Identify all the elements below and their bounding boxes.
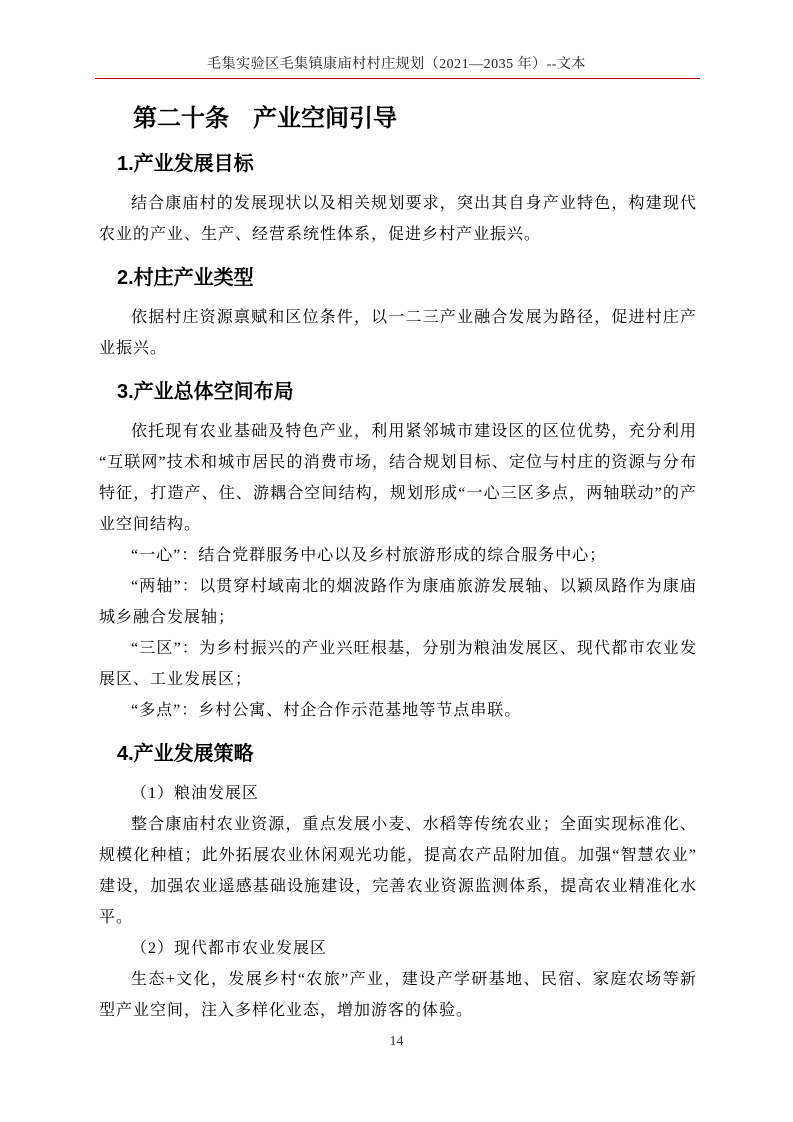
document-page: 毛集实验区毛集镇康庙村村庄规划（2021—2035 年）--文本 第二十条 产业…: [0, 0, 793, 1122]
paragraph: 依托现有农业基础及特色产业，利用紧邻城市建设区的区位优势，充分利用“互联网”技术…: [99, 416, 697, 540]
section-spatial-layout: 3.产业总体空间布局 依托现有农业基础及特色产业，利用紧邻城市建设区的区位优势，…: [99, 379, 697, 726]
paragraph: “三区”：为乡村振兴的产业兴旺根基，分别为粮油发展区、现代都市农业发展区、工业发…: [99, 633, 697, 695]
paragraph: （1）粮油发展区: [99, 778, 697, 809]
paragraph: “一心”：结合党群服务中心以及乡村旅游形成的综合服务中心；: [99, 540, 697, 571]
section-heading: 3.产业总体空间布局: [99, 379, 697, 405]
header-title: 毛集实验区毛集镇康庙村村庄规划（2021—2035 年）--文本: [207, 57, 586, 72]
section-development-strategy: 4.产业发展策略 （1）粮油发展区 整合康庙村农业资源，重点发展小麦、水稻等传统…: [99, 741, 697, 1026]
document-content: 第二十条 产业空间引导 1.产业发展目标 结合康庙村的发展现状以及相关规划要求，…: [99, 104, 697, 1026]
paragraph: “多点”：乡村公寓、村企合作示范基地等节点串联。: [99, 695, 697, 726]
paragraph: “两轴”：以贯穿村域南北的烟波路作为康庙旅游发展轴、以颖凤路作为康庙城乡融合发展…: [99, 571, 697, 633]
section-heading: 2.村庄产业类型: [99, 265, 697, 291]
section-heading: 1.产业发展目标: [99, 151, 697, 177]
article-title: 第二十条 产业空间引导: [133, 104, 697, 134]
section-industry-type: 2.村庄产业类型 依据村庄资源禀赋和区位条件，以一二三产业融合发展为路径，促进村…: [99, 265, 697, 364]
paragraph: 生态+文化，发展乡村“农旅”产业，建设产学研基地、民宿、家庭农场等新型产业空间，…: [99, 964, 697, 1026]
section-heading: 4.产业发展策略: [99, 741, 697, 767]
section-development-goal: 1.产业发展目标 结合康庙村的发展现状以及相关规划要求，突出其自身产业特色，构建…: [99, 151, 697, 250]
page-header: 毛集实验区毛集镇康庙村村庄规划（2021—2035 年）--文本: [0, 57, 793, 73]
paragraph: 整合康庙村农业资源，重点发展小麦、水稻等传统农业；全面实现标准化、规模化种植；此…: [99, 809, 697, 933]
paragraph: 结合康庙村的发展现状以及相关规划要求，突出其自身产业特色，构建现代农业的产业、生…: [99, 188, 697, 250]
paragraph: （2）现代都市农业发展区: [99, 933, 697, 964]
page-number: 14: [0, 1034, 793, 1050]
header-rule: [95, 78, 700, 79]
paragraph: 依据村庄资源禀赋和区位条件，以一二三产业融合发展为路径，促进村庄产业振兴。: [99, 302, 697, 364]
